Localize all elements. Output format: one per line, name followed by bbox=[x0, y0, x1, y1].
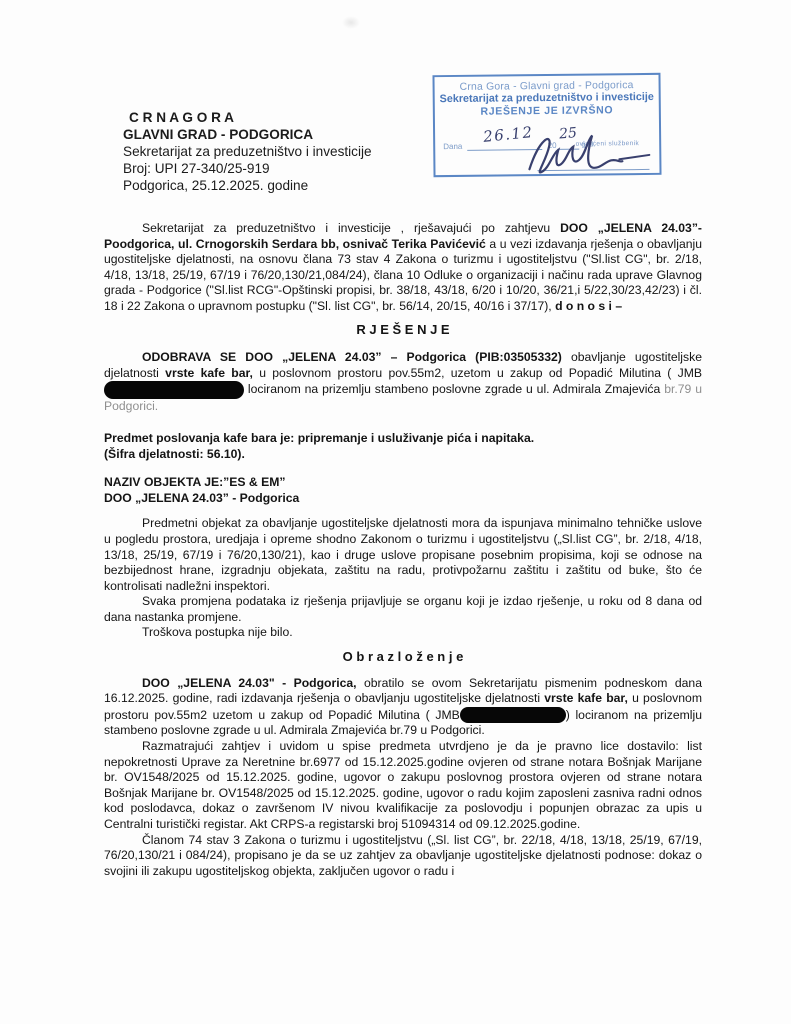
document-body: Sekretarijat za preduzetništvo i investi… bbox=[104, 221, 702, 879]
odobrava-paragraph: ODOBRAVA SE DOO „JELENA 24.03” – Podgori… bbox=[104, 350, 702, 415]
heading-rjesenje: R J E Š E N J E bbox=[104, 322, 702, 338]
predmet-line-2: (Šifra djelatnosti: 56.10). bbox=[104, 447, 245, 461]
intro-text-1: Sekretarijat za preduzetništvo i investi… bbox=[142, 221, 560, 235]
heading-obrazlozenje: O b r a z l o ž e n j e bbox=[104, 649, 702, 665]
obrazlozenje-subject: DOO „JELENA 24.03" - Podgorica, bbox=[142, 676, 357, 690]
letterhead-place-date: Podgorica, 25.12.2025. godine bbox=[123, 178, 372, 195]
activity-type-2: vrste kafe bar, bbox=[544, 691, 628, 705]
predmet-line-1: Predmet poslovanja kafe bara je: priprem… bbox=[104, 431, 534, 445]
troskovi-paragraph: Troškova postupka nije bilo. bbox=[104, 625, 702, 641]
signature-icon bbox=[521, 128, 658, 183]
activity-type: vrste kafe bar, bbox=[165, 366, 253, 380]
stamp-department-line: Sekretarijat za preduzetništvo i investi… bbox=[435, 91, 659, 105]
letterhead: C R N A G O R A GLAVNI GRAD - PODGORICA … bbox=[123, 110, 372, 195]
obrazlozenje-paragraph-2: Razmatrajući zahtjev i uvidom u spise pr… bbox=[104, 739, 702, 833]
redaction-bar bbox=[104, 381, 244, 399]
uslovi-paragraph: Predmetni objekat za obavljanje ugostite… bbox=[104, 516, 702, 594]
stamp-date-label: Dana bbox=[443, 142, 462, 151]
odobrava-subject: ODOBRAVA SE DOO „JELENA 24.03” – Podgori… bbox=[142, 350, 562, 364]
scanned-document-page: C R N A G O R A GLAVNI GRAD - PODGORICA … bbox=[0, 0, 791, 1024]
obrazlozenje-paragraph-1: DOO „JELENA 24.03" - Podgorica, obratilo… bbox=[104, 676, 702, 739]
letterhead-city: GLAVNI GRAD - PODGORICA bbox=[123, 127, 372, 144]
promjena-paragraph: Svaka promjena podataka iz rješenja prij… bbox=[104, 594, 702, 625]
letterhead-case-number: Broj: UPI 27-340/25-919 bbox=[123, 161, 372, 178]
executive-stamp: Crna Gora - Glavni grad - Podgorica Sekr… bbox=[432, 73, 661, 177]
obrazlozenje-paragraph-3: Članom 74 stav 3 Zakona o turizmu i ugos… bbox=[104, 833, 702, 880]
naziv-line-1: NAZIV OBJEKTA JE:”ES & EM” bbox=[104, 475, 285, 489]
naziv-line-2: DOO „JELENA 24.03” - Podgorica bbox=[104, 491, 299, 505]
donosi-label: d o n o s i – bbox=[555, 299, 622, 313]
redaction-bar-2 bbox=[460, 707, 566, 723]
scan-smudge bbox=[342, 16, 360, 29]
naziv-block: NAZIV OBJEKTA JE:”ES & EM”DOO „JELENA 24… bbox=[104, 475, 702, 506]
predmet-block: Predmet poslovanja kafe bara je: priprem… bbox=[104, 431, 702, 462]
intro-paragraph: Sekretarijat za preduzetništvo i investi… bbox=[104, 221, 702, 315]
letterhead-country: C R N A G O R A bbox=[123, 110, 372, 127]
stamp-status-line: RJEŠENJE JE IZVRŠNO bbox=[435, 104, 659, 118]
odobrava-text-2: u poslovnom prostoru pov.55m2, uzetom u … bbox=[253, 366, 702, 380]
odobrava-text-3: lociranom na prizemlju stambeno poslovne… bbox=[244, 382, 664, 396]
letterhead-department: Sekretarijat za preduzetništvo i investi… bbox=[123, 144, 372, 161]
